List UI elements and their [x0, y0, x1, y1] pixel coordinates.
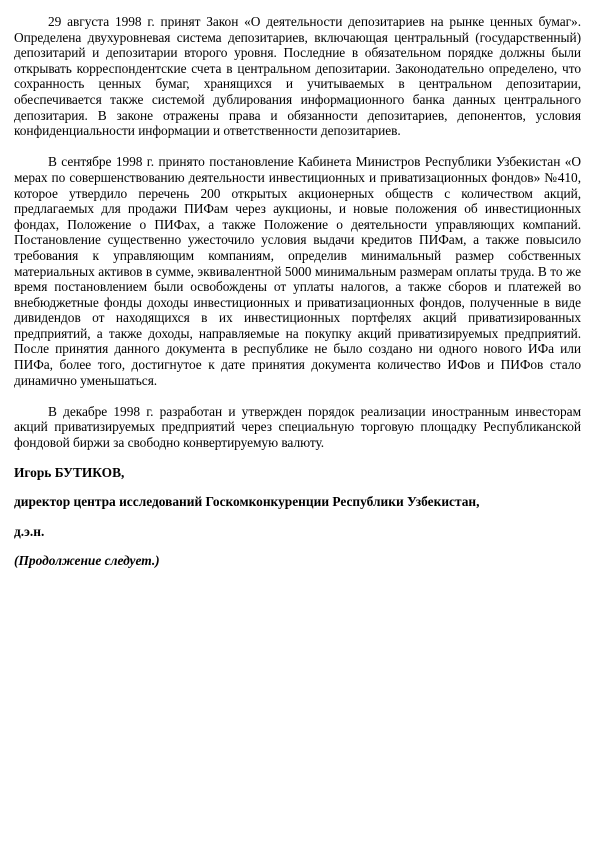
continuation-note: (Продолжение следует.) [14, 553, 581, 569]
paragraph-cabinet-resolution: В сентябре 1998 г. принято постановление… [14, 154, 581, 388]
paragraph-foreign-investors: В декабре 1998 г. разработан и утвержден… [14, 404, 581, 451]
paragraph-depositary-law: 29 августа 1998 г. принят Закон «О деяте… [14, 14, 581, 139]
document-page: 29 августа 1998 г. принят Закон «О деяте… [14, 14, 581, 582]
author-name: Игорь БУТИКОВ, [14, 465, 581, 481]
author-degree: д.э.н. [14, 524, 581, 540]
author-title: директор центра исследований Госкомконку… [14, 494, 581, 510]
